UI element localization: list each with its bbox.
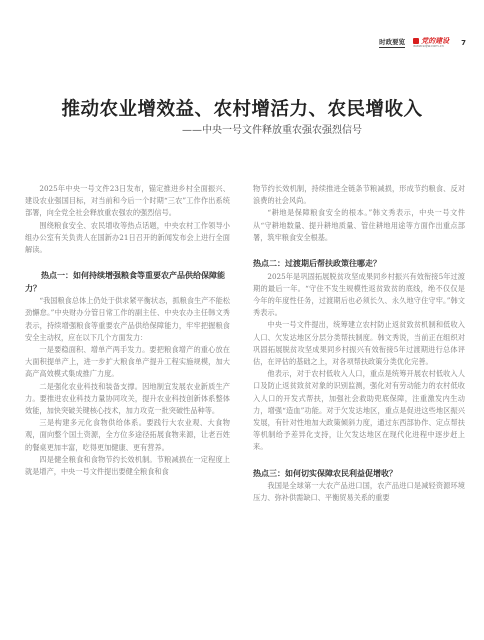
paragraph: 2025年中央一号文件23日发布，锚定推进乡村全面振兴、建设农业强国目标，对当前… <box>25 183 230 220</box>
article-body: 2025年中央一号文件23日发布，锚定推进乡村全面振兴、建设农业强国目标，对当前… <box>25 183 465 504</box>
paragraph: “我国粮食总体上仍处于供求紧平衡状态，抓粮食生产不能松劲懈怠。”中央财办分管日常… <box>25 295 230 344</box>
right-column: 物节约长效机制，持续推进全链条节粮减损，形成节约粮食、反对浪费的社会风尚。 “耕… <box>253 183 465 504</box>
brand-mark-icon <box>413 38 419 44</box>
paragraph: 他表示，对于农村低收入人口，重点是统筹开展农村低收入人口及防止返贫致贫对象的识别… <box>253 368 465 453</box>
brand-name: 党的建设 <box>421 37 449 44</box>
brand-url: www.sdjw.com.cn <box>413 45 444 49</box>
article-subtitle: ——中央一号文件释放重农强农强烈信号 <box>0 124 484 138</box>
page-header: 时政要览 党的建设 www.sdjw.com.cn 7 <box>379 36 466 50</box>
paragraph: 三是构建多元化食物供给体系。要践行大农业观、大食物观，面向整个国土资源，全方位多… <box>25 417 230 454</box>
paragraph: 二是强化农业科技和装备支撑。因地制宜发展农业新质生产力。要推进农业科技力量协同攻… <box>25 381 230 418</box>
left-column: 2025年中央一号文件23日发布，锚定推进乡村全面振兴、建设农业强国目标，对当前… <box>25 183 230 504</box>
paragraph: 我国是全球第一大农产品进口国，农产品进口是减轻资源环境压力、弥补供需缺口、平衡贸… <box>253 480 465 504</box>
section-heading: 热点一：如何持续增强粮食等重要农产品供给保障能力？ <box>25 270 230 295</box>
article-title: 推动农业增效益、农村增活力、农民增收入 <box>0 98 484 122</box>
page-number: 7 <box>461 39 466 47</box>
paragraph: 围绕粮食安全、农民增收等热点话题，中央农村工作领导小组办公室有关负责人在国新办2… <box>25 220 230 257</box>
section-label: 时政要览 <box>379 38 405 48</box>
paragraph: 四是健全粮食和食物节约长效机制。节粮减损在一定程度上就是增产，中央一号文件提出要… <box>25 454 230 478</box>
paragraph: 2025年是巩固拓展脱贫攻坚成果同乡村振兴有效衔接5年过渡期的最后一年。“守住不… <box>253 271 465 320</box>
section-heading: 热点二：过渡期后帮扶政策往哪走？ <box>253 258 465 271</box>
paragraph: 中央一号文件提出，统筹建立农村防止返贫致贫机制和低收入人口、欠发达地区分层分类帮… <box>253 319 465 368</box>
brand-logo: 党的建设 www.sdjw.com.cn <box>413 37 449 49</box>
paragraph: 物节约长效机制，持续推进全链条节粮减损，形成节约粮食、反对浪费的社会风尚。 <box>253 183 465 207</box>
article-title-block: 推动农业增效益、农村增活力、农民增收入 ——中央一号文件释放重农强农强烈信号 <box>0 98 484 138</box>
section-heading: 热点三：如何切实保障农民利益促增收？ <box>253 468 465 481</box>
paragraph: 一是要稳面积、增单产两手发力。要把粮食增产的重心放在大面积提单产上，进一步扩大粮… <box>25 344 230 381</box>
paragraph: “耕地是保障粮食安全的根本。”韩文秀表示，中央一号文件从“守耕地数量、提升耕地质… <box>253 207 465 244</box>
